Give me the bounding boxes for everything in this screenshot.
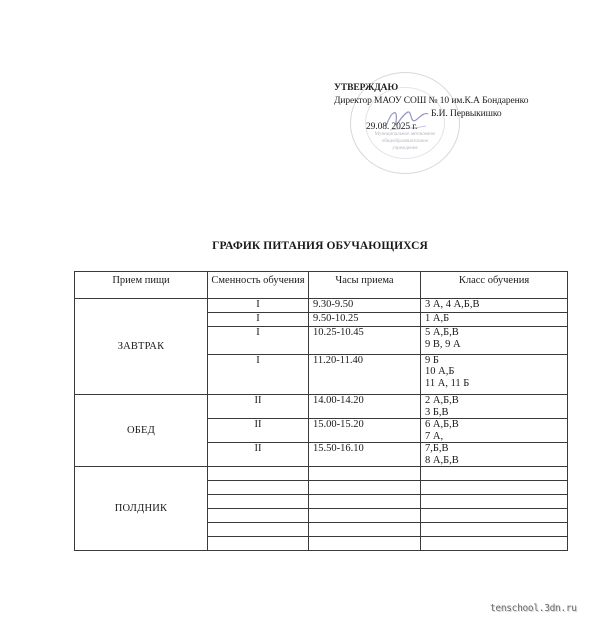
class-cell: 3 А, 4 А,Б,В [421,299,568,313]
class-cell: 1 А,Б [421,313,568,327]
header-class: Класс обучения [421,272,568,299]
approval-date: 29.08. 2025 г. [334,121,528,134]
approval-title: УТВЕРЖДАЮ [334,82,528,95]
approval-signer: Б.И. Первыкишко [334,108,528,121]
class-group: 11 А, 11 Б [425,378,567,390]
shift-cell: II [208,443,309,467]
class-cell [421,495,568,509]
class-cell: 2 А,Б,В3 Б,В [421,395,568,419]
header-time: Часы приема [309,272,421,299]
stamp-text: Муниципальное автономное общеобразовател… [369,131,441,152]
class-group: 3 А, 4 А,Б,В [425,299,567,311]
shift-cell [208,523,309,537]
class-group: 7,Б,В [425,443,567,455]
class-cell [421,509,568,523]
shift-cell: I [208,327,309,354]
class-group: 3 Б,В [425,407,567,419]
class-cell: 6 А,Б,В7 А, [421,419,568,443]
time-cell [309,537,421,551]
time-cell: 9.30-9.50 [309,299,421,313]
class-group: 8 А,Б,В [425,455,567,467]
shift-cell [208,495,309,509]
time-cell: 14.00-14.20 [309,395,421,419]
class-group: 9 Б [425,355,567,367]
table-row: ПОЛДНИК [75,467,568,481]
document-title: ГРАФИК ПИТАНИЯ ОБУЧАЮЩИХСЯ [0,240,596,252]
class-cell: 7,Б,В8 А,Б,В [421,443,568,467]
header-meal: Прием пищи [75,272,208,299]
shift-cell [208,467,309,481]
table-body: ЗАВТРАКI9.30-9.503 А, 4 А,Б,ВI9.50-10.25… [75,299,568,551]
shift-cell [208,509,309,523]
class-group: 9 В, 9 А [425,339,567,351]
shift-cell: I [208,299,309,313]
time-cell: 15.50-16.10 [309,443,421,467]
approval-position: Директор МАОУ СОШ № 10 им.К.А Бондаренко [334,95,528,108]
class-group: 7 А, [425,431,567,443]
class-group: 10 А,Б [425,366,567,378]
class-cell: 5 А,Б,В9 В, 9 А [421,327,568,354]
shift-cell [208,481,309,495]
time-cell [309,467,421,481]
class-group: 5 А,Б,В [425,327,567,339]
shift-cell: I [208,313,309,327]
class-group: 1 А,Б [425,313,567,325]
time-cell: 15.00-15.20 [309,419,421,443]
meal-schedule-table: Прием пищи Сменность обучения Часы прием… [74,271,568,551]
time-cell [309,481,421,495]
header-shift: Сменность обучения [208,272,309,299]
table-row: ЗАВТРАКI9.30-9.503 А, 4 А,Б,В [75,299,568,313]
time-cell [309,495,421,509]
class-cell [421,523,568,537]
class-cell: 9 Б10 А,Б11 А, 11 Б [421,354,568,394]
table-row: ОБЕДII14.00-14.202 А,Б,В3 Б,В [75,395,568,419]
shift-cell: II [208,395,309,419]
meal-name-cell: ПОЛДНИК [75,467,208,551]
class-group: 2 А,Б,В [425,395,567,407]
class-cell [421,481,568,495]
site-watermark: tenschool.3dn.ru [490,603,577,614]
meal-name-cell: ЗАВТРАК [75,299,208,395]
shift-cell: II [208,419,309,443]
class-cell [421,537,568,551]
class-group: 6 А,Б,В [425,419,567,431]
time-cell [309,509,421,523]
approval-block: УТВЕРЖДАЮ Директор МАОУ СОШ № 10 им.К.А … [334,82,528,134]
meal-name-cell: ОБЕД [75,395,208,467]
shift-cell: I [208,354,309,394]
time-cell [309,523,421,537]
shift-cell [208,537,309,551]
time-cell: 11.20-11.40 [309,354,421,394]
time-cell: 9.50-10.25 [309,313,421,327]
table-header-row: Прием пищи Сменность обучения Часы прием… [75,272,568,299]
time-cell: 10.25-10.45 [309,327,421,354]
class-cell [421,467,568,481]
